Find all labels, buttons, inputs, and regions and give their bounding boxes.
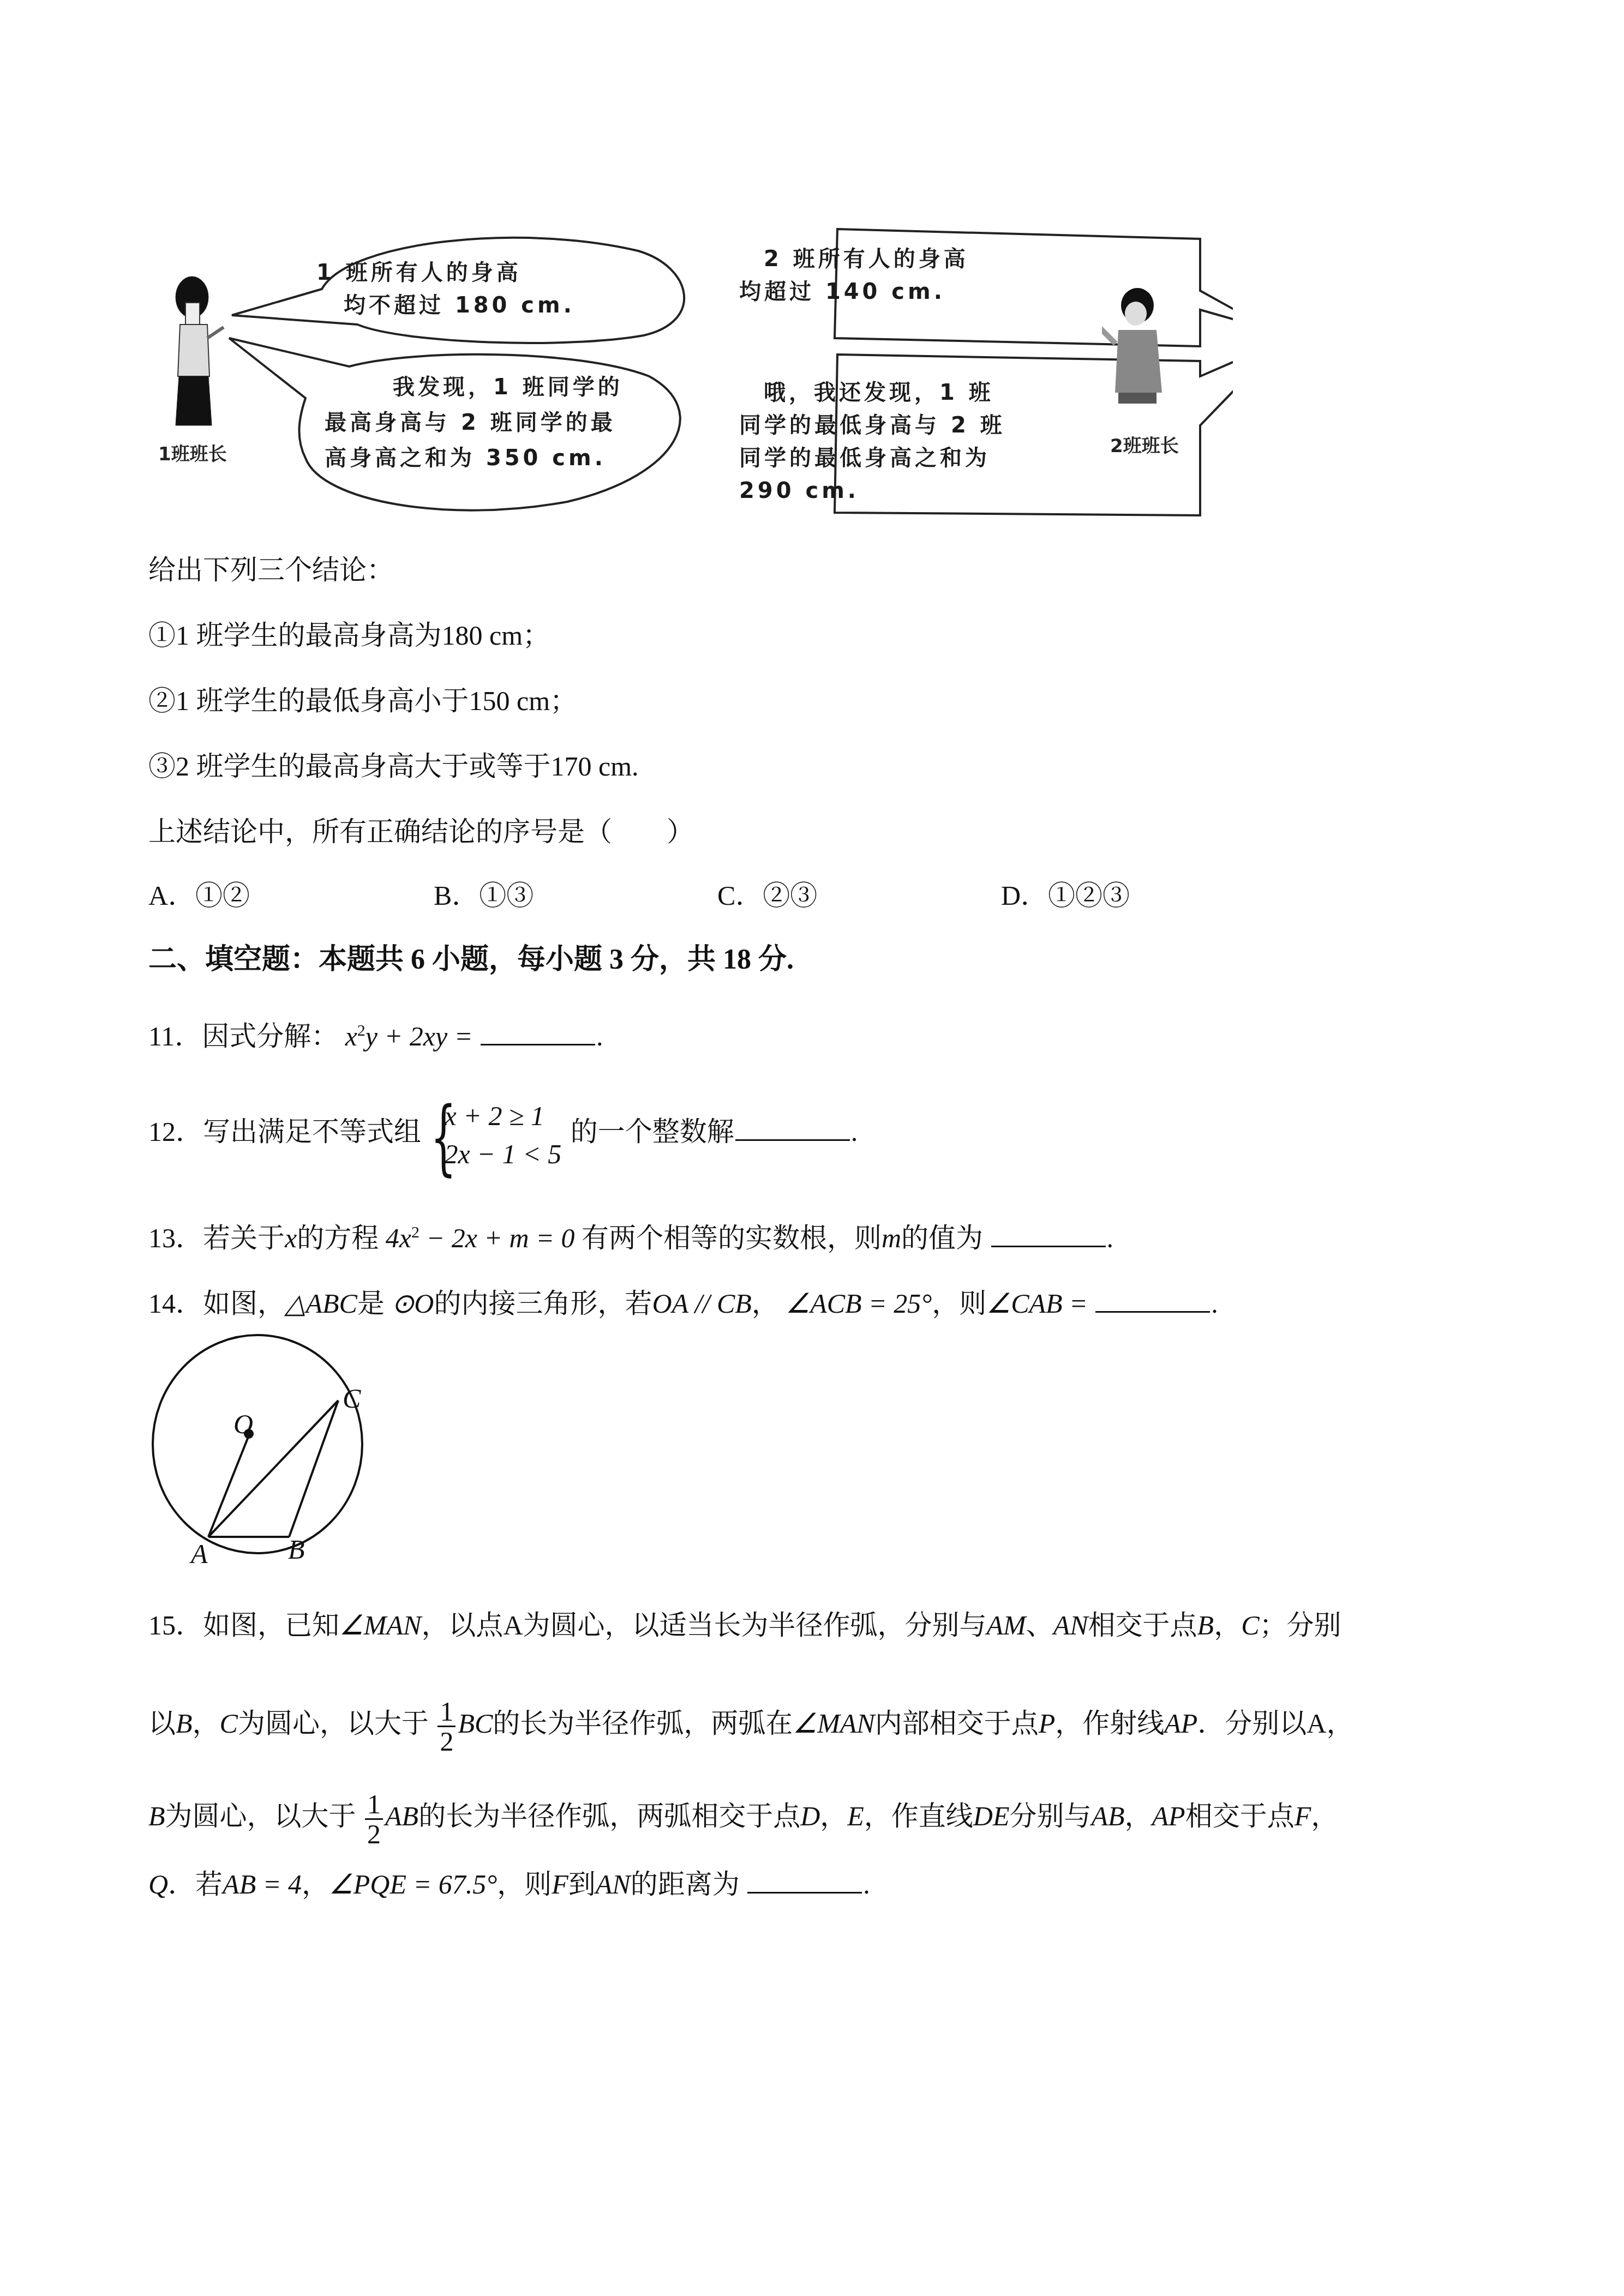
conclusion-3: ③2 班学生的最高身高大于或等于170 cm. [148, 750, 639, 783]
question-12: 12．写出满足不等式组 { x + 2 ≥ 1 2x − 1 < 5 的一个整数… [148, 1085, 858, 1178]
question-15-line-1: 15．如图，已知∠MAN，以点A为圆心，以适当长为半径作弧，分别与AM、AN相交… [148, 1609, 1341, 1642]
option-a[interactable]: A．①② [148, 879, 250, 912]
bubble-right-bottom-text-4: 290 cm. [739, 474, 859, 507]
bubble-left-top-text: 1 班所有人的身高 [316, 256, 522, 289]
question-11: 11．因式分解： x2y + 2xy = . [148, 1020, 603, 1053]
answer-blank-13[interactable] [991, 1222, 1106, 1247]
bubble-left-bottom-text-3: 高身高之和为 350 cm. [325, 442, 606, 474]
label-c: C [343, 1383, 361, 1414]
bubble-left-bottom-text-2: 最高身高与 2 班同学的最 [325, 406, 616, 439]
question-15-line-2: 以B，C为圆心，以大于 12BC的长为半径作弧，两弧在∠MAN内部相交于点P，作… [148, 1691, 1353, 1756]
circle-triangle-figure: O C A B [142, 1331, 404, 1592]
bubble-right-bottom-text: 哦，我还发现，1 班 [764, 376, 994, 409]
label-a: A [191, 1538, 208, 1570]
bubble-right-bottom-text-3: 同学的最低身高之和为 [739, 442, 990, 474]
answer-blank-11[interactable] [481, 1020, 595, 1045]
option-d[interactable]: D．①②③ [1001, 879, 1130, 912]
conclusion-1: ①1 班学生的最高身高为180 cm； [148, 619, 550, 652]
conclusion-2: ②1 班学生的最低身高小于150 cm； [148, 684, 577, 717]
answer-blank-12[interactable] [735, 1115, 850, 1141]
bubble-right-top-text-2: 均超过 140 cm. [739, 275, 945, 308]
girl-figure-icon [176, 277, 224, 425]
option-c[interactable]: C．②③ [717, 879, 817, 912]
bubble-left-top-text-2: 均不超过 180 cm. [344, 289, 575, 322]
fraction-one-half: 12 [438, 1697, 456, 1756]
bubble-right-bottom-text-2: 同学的最低身高与 2 班 [739, 409, 1005, 442]
answer-blank-14[interactable] [1095, 1287, 1210, 1313]
bubble-right-top-text: 2 班所有人的身高 [764, 243, 969, 275]
inscribed-triangle-diagram [142, 1331, 404, 1592]
speech-bubbles-graphic [142, 218, 1233, 524]
question-15-line-3: B为圆心，以大于 12AB的长为半径作弧，两弧相交于点D，E，作直线DE分别与A… [148, 1783, 1338, 1849]
label-b: B [288, 1534, 305, 1565]
label-o: O [233, 1408, 253, 1440]
boy-figure-icon [1102, 284, 1211, 425]
inequality-system: { x + 2 ≥ 1 2x − 1 < 5 [430, 1097, 562, 1173]
option-b[interactable]: B．①③ [434, 879, 534, 912]
question-14: 14．如图，△ABC是 ⊙O的内接三角形，若OA // CB， ∠ACB = 2… [148, 1287, 1218, 1320]
height-dialogue-illustration [142, 218, 1233, 524]
right-speaker-caption: 2班班长 [1110, 431, 1179, 458]
fraction-one-half-2: 12 [365, 1790, 383, 1848]
question-15-line-4: Q．若AB = 4，∠PQE = 67.5°，则F到AN的距离为 . [148, 1868, 870, 1901]
bubble-left-bottom-text: 我发现，1 班同学的 [393, 371, 623, 404]
q10-question: 上述结论中，所有正确结论的序号是（ ） [148, 815, 694, 848]
answer-blank-15[interactable] [747, 1868, 862, 1894]
question-13: 13．若关于x的方程 4x2 − 2x + m = 0 有两个相等的实数根，则m… [148, 1222, 1113, 1254]
left-brace-icon: { [430, 1097, 457, 1179]
conclusions-intro: 给出下列三个结论： [148, 554, 394, 586]
section-heading-fill-in: 二、填空题：本题共 6 小题，每小题 3 分，共 18 分. [148, 943, 794, 976]
left-speaker-caption: 1班班长 [158, 439, 227, 466]
